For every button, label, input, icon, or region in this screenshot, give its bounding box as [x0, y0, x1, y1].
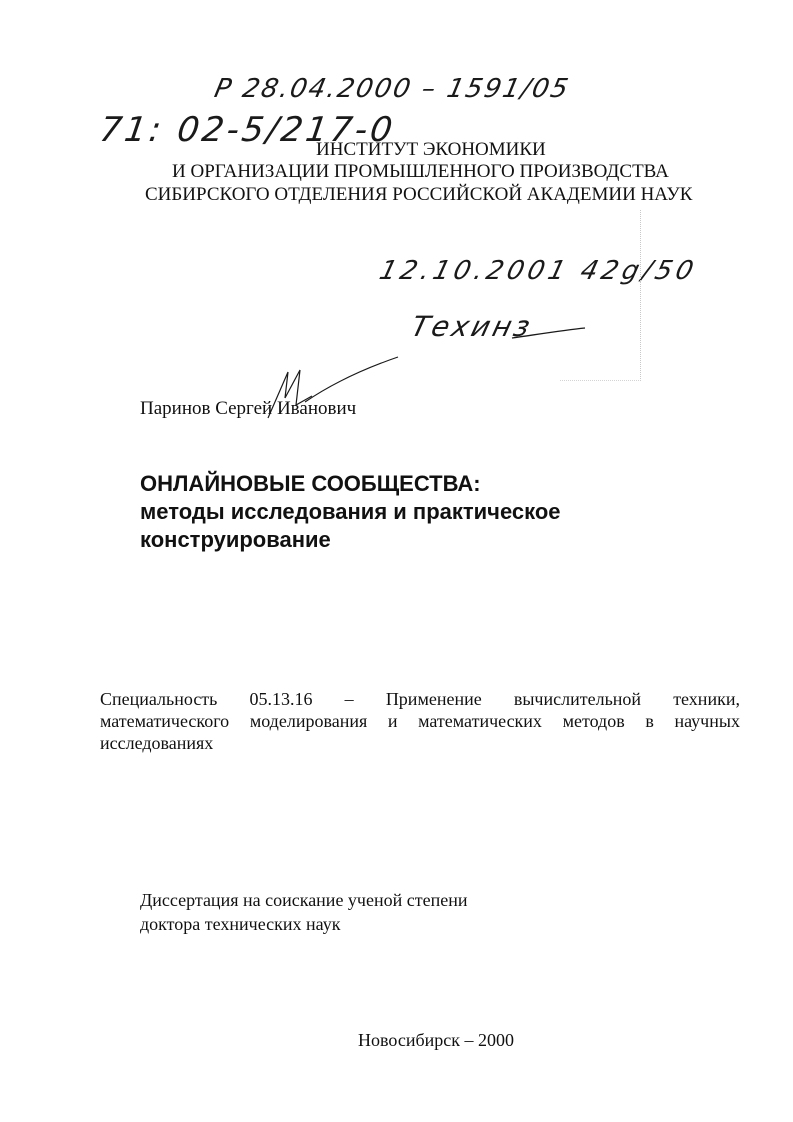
- title-main: ОНЛАЙНОВЫЕ СООБЩЕСТВА:: [140, 470, 561, 498]
- specialty-word: научных: [674, 710, 740, 732]
- institution-line-1: ИНСТИТУТ ЭКОНОМИКИ: [316, 138, 546, 161]
- specialty-block: Специальность 05.13.16 – Применение вычи…: [100, 688, 740, 754]
- dissertation-title: ОНЛАЙНОВЫЕ СООБЩЕСТВА: методы исследован…: [140, 470, 561, 554]
- specialty-dash: –: [345, 688, 354, 710]
- degree-line-1: Диссертация на соискание ученой степени: [140, 888, 467, 912]
- specialty-line-3: исследованиях: [100, 732, 740, 754]
- author-name: Паринов Сергей Иванович: [140, 398, 356, 420]
- degree-statement: Диссертация на соискание ученой степени …: [140, 888, 467, 936]
- specialty-word: Применение: [386, 688, 482, 710]
- specialty-word: техники,: [673, 688, 740, 710]
- specialty-word: моделирования: [250, 710, 367, 732]
- specialty-word: математических: [418, 710, 542, 732]
- specialty-word: вычислительной: [514, 688, 641, 710]
- specialty-word: в: [645, 710, 654, 732]
- title-subtitle-line-2: конструирование: [140, 526, 561, 554]
- specialty-word: и: [388, 710, 398, 732]
- specialty-word: методов: [563, 710, 625, 732]
- scan-artifact-frame: [560, 210, 641, 381]
- place-and-year: Новосибирск – 2000: [358, 1030, 514, 1051]
- specialty-line-2: математического моделирования и математи…: [100, 710, 740, 732]
- specialty-word: Специальность: [100, 688, 217, 710]
- institution-line-3: СИБИРСКОГО ОТДЕЛЕНИЯ РОССИЙСКОЙ АКАДЕМИИ…: [145, 183, 692, 206]
- degree-line-2: доктора технических наук: [140, 912, 467, 936]
- title-subtitle-line-1: методы исследования и практическое: [140, 498, 561, 526]
- specialty-line-1: Специальность 05.13.16 – Применение вычи…: [100, 688, 740, 710]
- specialty-code: 05.13.16: [250, 688, 313, 710]
- specialty-word: математического: [100, 710, 229, 732]
- institution-line-2: И ОРГАНИЗАЦИИ ПРОМЫШЛЕННОГО ПРОИЗВОДСТВА: [172, 160, 669, 183]
